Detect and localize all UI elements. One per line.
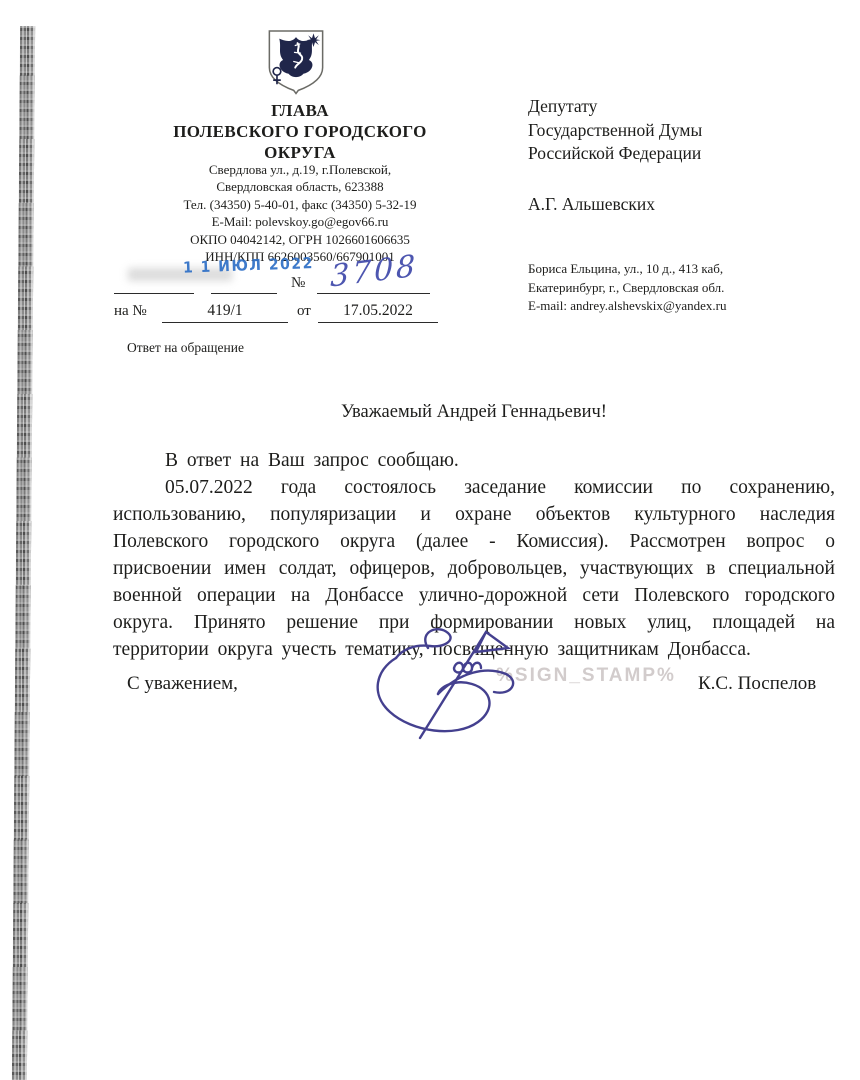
org-address-line: Свердловская область, 623388 (110, 178, 490, 195)
handwritten-signature (366, 606, 534, 758)
salutation: Уважаемый Андрей Геннадьевич! (113, 402, 835, 423)
recipient-line: Депутату (528, 95, 702, 119)
body-paragraph-1: В ответ на Ваш запрос сообщаю. (113, 447, 835, 474)
scanned-letter-page: ГЛАВА ПОЛЕВСКОГО ГОРОДСКОГО ОКРУГА Сверд… (0, 0, 860, 1080)
reply-date-line (318, 322, 438, 323)
org-title-line1: ГЛАВА (110, 100, 490, 121)
recipient-name: А.Г. Альшевских (528, 194, 655, 215)
recipient-block: Депутату Государственной Думы Российской… (528, 95, 702, 166)
closing-phrase: С уважением, (127, 673, 238, 695)
date-line (211, 293, 277, 294)
number-sign-label: № (291, 275, 305, 292)
reply-number-line (162, 322, 288, 323)
recipient-address: Бориса Ельцина, ул., 10 д., 413 каб, Ека… (528, 260, 727, 316)
org-address: Свердлова ул., д.19, г.Полевской, Свердл… (110, 161, 490, 265)
reply-date: 17.05.2022 (318, 302, 438, 320)
scan-binding-edge (12, 26, 35, 1080)
recipient-address-line: E-mail: andrey.alshevskix@yandex.ru (528, 297, 727, 316)
recipient-address-line: Екатеринбург, г., Свердловская обл. (528, 279, 727, 298)
signer-name: К.С. Поспелов (698, 673, 816, 695)
org-title-line3: ОКРУГА (110, 142, 490, 163)
subject-line: Ответ на обращение (127, 340, 244, 356)
recipient-line: Российской Федерации (528, 142, 702, 166)
org-title: ГЛАВА ПОЛЕВСКОГО ГОРОДСКОГО ОКРУГА (110, 100, 490, 163)
blank-line (114, 293, 194, 294)
reply-to-label: на № (114, 303, 147, 320)
reply-to-number: 419/1 (162, 302, 288, 320)
org-address-line: E-Mail: polevskoy.go@egov66.ru (110, 213, 490, 230)
org-address-line: ОКПО 04042142, ОГРН 1026601606635 (110, 231, 490, 248)
recipient-address-line: Бориса Ельцина, ул., 10 д., 413 каб, (528, 260, 727, 279)
org-address-line: Тел. (34350) 5-40-01, факс (34350) 5-32-… (110, 196, 490, 213)
org-title-line2: ПОЛЕВСКОГО ГОРОДСКОГО (110, 121, 490, 142)
reply-date-label: от (297, 303, 311, 320)
incoming-date-stamp: 1 1 ИЮЛ 2022 (183, 255, 314, 277)
coat-of-arms-icon (261, 28, 331, 98)
org-address-line: Свердлова ул., д.19, г.Полевской, (110, 161, 490, 178)
recipient-line: Государственной Думы (528, 119, 702, 143)
